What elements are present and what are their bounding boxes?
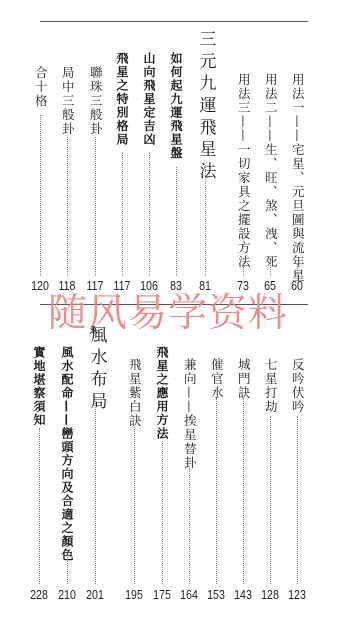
dot-leader [205,165,206,276]
toc-entry-title: 風水配命——巒頭方向及合適之顏色 [61,346,73,562]
toc-entry[interactable]: 反吟伏吟 [289,358,305,414]
page-number: 228 [26,588,52,602]
page-number: 153 [203,588,229,602]
toc-entry[interactable]: 風水配命——巒頭方向及合適之顏色 [59,346,75,562]
dot-leader [297,263,298,277]
page-number: 123 [284,588,310,602]
toc-entry-title: 用法一——宅星、元旦圖與流年星 [291,73,304,283]
dot-leader [162,441,163,584]
page-number: 128 [257,588,283,602]
toc-entry[interactable]: 聯珠三般卦 [87,66,103,136]
toc-entry[interactable]: 用法二——生、旺、煞、洩、死 [262,73,278,269]
dot-leader [149,152,150,276]
toc-entry[interactable]: 局中三般卦 [59,66,75,136]
toc-entry-title: 兼向——挨星替卦 [183,358,196,470]
toc-entry-title: 實地堪察須知 [33,346,45,427]
toc-entry-title: 反吟伏吟 [291,358,304,414]
dot-leader [134,427,135,584]
dot-leader [122,152,123,276]
page-number: 143 [230,588,256,602]
dot-leader [95,399,96,584]
toc-entry[interactable]: 飛星之應用方法 [154,346,170,441]
page-number: 210 [54,588,80,602]
toc-entry-title: 飛星紫白訣 [128,358,141,428]
toc-entry-title: 用法二——生、旺、煞、洩、死 [264,73,277,269]
toc-entry[interactable]: 催官水 [208,358,224,400]
dot-leader [270,416,271,584]
toc-entry[interactable]: 飛星之特別格局 [114,52,130,147]
top-rule [40,21,308,22]
toc-entry[interactable]: 用法三——一切家具之擺設方法 [235,73,251,269]
toc-entry-title: 七星打劫 [264,358,277,414]
page-number: 60 [284,279,310,293]
dot-leader [39,428,40,584]
dot-leader [189,468,190,584]
dot-leader [243,258,244,276]
toc-chapter[interactable]: 三元九運飛星法 [194,30,216,184]
toc-entry[interactable]: 七星打劫 [262,358,278,414]
toc-entry[interactable]: 實地堪察須知 [31,346,47,427]
toc-entry[interactable]: 合十格 [32,66,48,108]
toc-entry-title: 城門訣 [237,358,250,400]
toc-entry[interactable]: 用法一——宅星、元旦圖與流年星 [289,73,305,283]
toc-entry-title: 飛星之特別格局 [116,52,128,147]
dot-leader [67,553,68,584]
toc-entry-title: 合十格 [34,66,47,108]
toc-entry[interactable]: 山向飛星定吉凶 [141,52,157,147]
chapter-title: 三元九運飛星法 [197,30,214,184]
toc-chapter[interactable]: 風水布局 [85,326,107,414]
dot-leader [297,416,298,584]
page-number: 201 [82,588,108,602]
toc-entry[interactable]: 城門訣 [235,358,251,400]
chapter-title: 風水布局 [88,326,105,414]
toc-entry-title: 山向飛星定吉凶 [143,52,155,147]
dot-leader [40,115,41,276]
toc-entry-title: 飛星之應用方法 [156,346,168,441]
dot-leader [67,137,68,276]
toc-entry[interactable]: 飛星紫白訣 [126,358,142,428]
toc-entry-title: 聯珠三般卦 [89,66,102,136]
dot-leader [216,398,217,584]
toc-entry[interactable]: 兼向——挨星替卦 [181,358,197,470]
watermark: 随风易学资料 [48,282,288,338]
page-number: 195 [121,588,147,602]
toc-entry-title: 如何起九運飛星盤 [170,52,182,160]
toc-entry[interactable]: 如何起九運飛星盤 [168,52,184,160]
dot-leader [176,167,177,276]
toc-entry-title: 催官水 [210,358,223,400]
dot-leader [243,398,244,584]
page-number: 175 [149,588,175,602]
toc-entry-title: 局中三般卦 [61,66,74,136]
page-number: 164 [176,588,202,602]
dot-leader [270,258,271,276]
dot-leader [95,137,96,276]
toc-entry-title: 用法三——一切家具之擺設方法 [237,73,250,269]
